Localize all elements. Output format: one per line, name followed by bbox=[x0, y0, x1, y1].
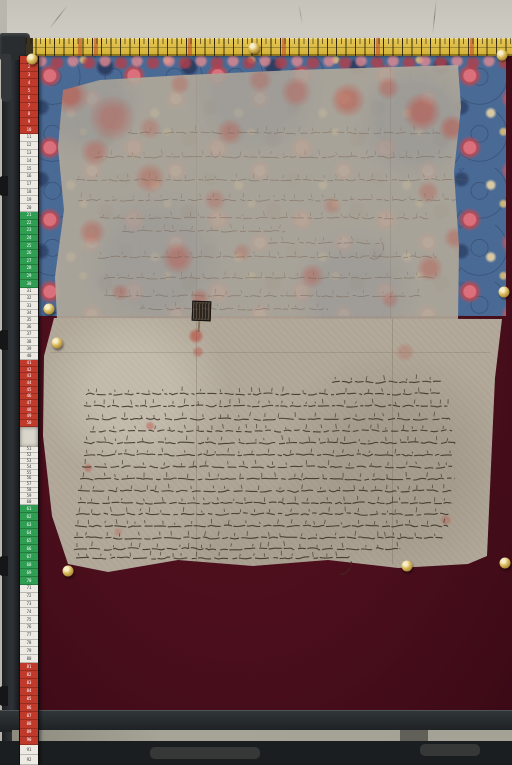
rod-number: 18 bbox=[20, 189, 38, 197]
rod-number: 72 bbox=[20, 593, 38, 601]
rod-segment: 9192 bbox=[20, 745, 38, 765]
rod-number: 70 bbox=[20, 577, 38, 585]
rod-number: 6 bbox=[20, 95, 38, 103]
frame-clip bbox=[0, 330, 8, 350]
frame-clip bbox=[0, 686, 8, 706]
rod-number: 44 bbox=[20, 380, 38, 387]
rod-number: 85 bbox=[20, 696, 38, 704]
rod-segment: 81828384858687888990 bbox=[20, 663, 38, 745]
rod-number: 32 bbox=[20, 295, 38, 302]
rod-number: 79 bbox=[20, 647, 38, 655]
rod-number: 10 bbox=[20, 126, 38, 134]
rod-number: 17 bbox=[20, 181, 38, 189]
rod-number: 5 bbox=[20, 87, 38, 95]
rod-segment: 41424344454647484950 bbox=[20, 360, 38, 427]
rod-number: 1 bbox=[20, 56, 38, 64]
rod-number: 68 bbox=[20, 561, 38, 569]
rod-number: 75 bbox=[20, 616, 38, 624]
rod-number: 63 bbox=[20, 521, 38, 529]
rod-number: 83 bbox=[20, 679, 38, 687]
rod-number: 41 bbox=[20, 360, 38, 367]
rod-number: 91 bbox=[20, 745, 38, 755]
frame-smudge bbox=[150, 747, 260, 759]
rod-number: 65 bbox=[20, 537, 38, 545]
rod-number: 19 bbox=[20, 196, 38, 204]
crease-line bbox=[390, 68, 391, 318]
rod-segment: 11121314151617181920 bbox=[20, 134, 38, 212]
rod-number: 66 bbox=[20, 545, 38, 553]
red-ink-stains bbox=[55, 62, 465, 320]
rod-number: 64 bbox=[20, 529, 38, 537]
rod-number: 35 bbox=[20, 317, 38, 324]
rod-number: 89 bbox=[20, 729, 38, 737]
rod-number: 31 bbox=[20, 288, 38, 295]
rod-number: 39 bbox=[20, 346, 38, 353]
red-ink-stains-lower bbox=[40, 316, 508, 582]
rod-number: 61 bbox=[20, 505, 38, 513]
rod-number: 2 bbox=[20, 64, 38, 72]
tape-end-cap bbox=[26, 38, 33, 56]
frame-left-bar bbox=[2, 56, 20, 765]
measuring-tape bbox=[26, 38, 512, 56]
rod-number: 14 bbox=[20, 157, 38, 165]
rod-number: 15 bbox=[20, 165, 38, 173]
crease-line bbox=[196, 316, 197, 566]
rod-joint bbox=[20, 427, 38, 447]
rod-number: 12 bbox=[20, 142, 38, 150]
rod-number: 22 bbox=[20, 220, 38, 228]
leveling-rod: 1234567891011121314151617181920212223242… bbox=[19, 56, 39, 765]
archival-photograph: 1234567891011121314151617181920212223242… bbox=[0, 0, 512, 765]
rod-number: 84 bbox=[20, 688, 38, 696]
document-upper-half bbox=[55, 62, 465, 320]
rod-number: 81 bbox=[20, 663, 38, 671]
rod-number: 24 bbox=[20, 235, 38, 243]
rod-number: 71 bbox=[20, 585, 38, 593]
rod-number: 25 bbox=[20, 242, 38, 250]
rod-number: 80 bbox=[20, 655, 38, 663]
rod-number: 9 bbox=[20, 118, 38, 126]
tape-decimeter-marks bbox=[26, 38, 512, 56]
rod-segment: 51525354555657585960 bbox=[20, 447, 38, 505]
rod-number: 4 bbox=[20, 79, 38, 87]
crease-line bbox=[50, 352, 490, 353]
rod-number: 20 bbox=[20, 204, 38, 212]
rod-number: 28 bbox=[20, 265, 38, 273]
rod-number: 87 bbox=[20, 712, 38, 720]
frame-bottom-light-strip bbox=[12, 730, 512, 741]
rod-segment: 61626364656667686970 bbox=[20, 505, 38, 585]
rod-number: 3 bbox=[20, 72, 38, 80]
frame-clip bbox=[0, 556, 8, 576]
rod-segment: 31323334353637383940 bbox=[20, 288, 38, 360]
rod-number: 73 bbox=[20, 601, 38, 609]
rod-number: 47 bbox=[20, 400, 38, 407]
rod-number: 92 bbox=[20, 755, 38, 765]
rod-number: 29 bbox=[20, 273, 38, 281]
frame-bottom-bar bbox=[0, 710, 512, 732]
frame-strip-notch bbox=[400, 730, 428, 741]
rod-number: 67 bbox=[20, 553, 38, 561]
seal-stamp bbox=[192, 301, 212, 322]
rod-number: 27 bbox=[20, 258, 38, 266]
frame-corner-hook bbox=[1, 54, 11, 102]
frame-smudge bbox=[420, 744, 480, 756]
rod-number: 8 bbox=[20, 111, 38, 119]
rod-number: 37 bbox=[20, 331, 38, 338]
rod-number: 90 bbox=[20, 737, 38, 745]
rod-number: 40 bbox=[20, 353, 38, 360]
rod-segment: 71727374757677787980 bbox=[20, 585, 38, 663]
fabric-show-through bbox=[55, 62, 465, 320]
rod-number: 76 bbox=[20, 624, 38, 632]
rod-number: 33 bbox=[20, 302, 38, 309]
rod-number: 62 bbox=[20, 513, 38, 521]
rod-number: 7 bbox=[20, 103, 38, 111]
document-lower-half bbox=[40, 316, 508, 582]
rod-number: 77 bbox=[20, 632, 38, 640]
rod-number: 36 bbox=[20, 324, 38, 331]
rod-number: 16 bbox=[20, 173, 38, 181]
crease-line bbox=[392, 316, 393, 564]
rod-number: 30 bbox=[20, 280, 38, 288]
rod-number: 23 bbox=[20, 227, 38, 235]
rod-number: 82 bbox=[20, 671, 38, 679]
rod-number: 34 bbox=[20, 310, 38, 317]
rod-number: 11 bbox=[20, 134, 38, 142]
rod-number: 26 bbox=[20, 250, 38, 258]
rod-number: 88 bbox=[20, 720, 38, 728]
rod-number: 38 bbox=[20, 338, 38, 345]
rod-number: 21 bbox=[20, 212, 38, 220]
rod-number: 69 bbox=[20, 569, 38, 577]
rod-number: 74 bbox=[20, 608, 38, 616]
rod-segment: 12345678910 bbox=[20, 56, 38, 134]
rod-segment: 21222324252627282930 bbox=[20, 212, 38, 288]
rod-number: 78 bbox=[20, 640, 38, 648]
crease-line bbox=[196, 74, 197, 318]
rod-number: 86 bbox=[20, 704, 38, 712]
frame-clip bbox=[0, 176, 8, 196]
rod-number: 13 bbox=[20, 150, 38, 158]
